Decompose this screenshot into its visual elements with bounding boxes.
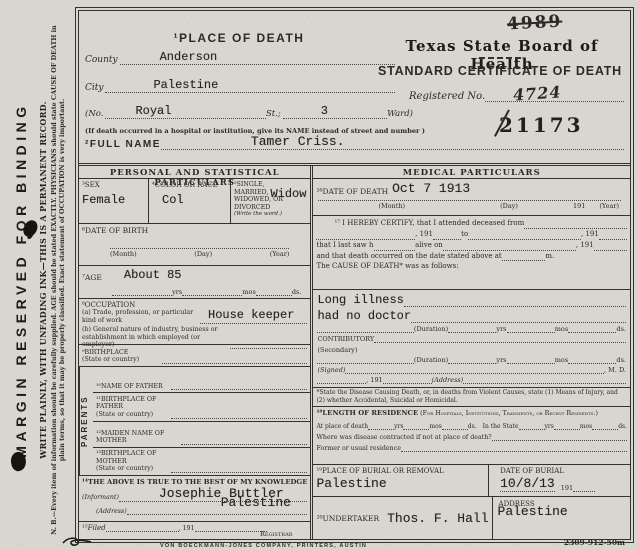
date-of-death-value: Oct 7 1913	[392, 181, 470, 196]
form-stock-number: 2309-912-50m	[564, 538, 625, 547]
informant-label: (Informant)	[82, 494, 119, 502]
duration-label: (Duration)	[414, 325, 448, 333]
certify-death-occurred: and that death occurred on the date stat…	[316, 251, 501, 262]
dotted-leader	[463, 380, 626, 384]
mother-birthplace-label-text: ¹³BIRTHPLACE OF MOTHER	[96, 450, 156, 465]
dotted-leader: Anderson	[120, 61, 395, 65]
occupation-a-label: (a) Trade, profession, or particular kin…	[82, 309, 200, 324]
dotted-leader	[401, 448, 627, 452]
cause-of-death-block: Long illness had no doctor (Duration) yr…	[313, 290, 630, 388]
burial-date-cell: DATE OF BURIAL 10/8/13 191	[489, 465, 630, 496]
informant-row: ¹⁴THE ABOVE IS TRUE TO THE BEST OF MY KN…	[79, 476, 310, 522]
state-country-note: (State or country)	[96, 465, 153, 472]
filed-label: ¹⁵Filed	[82, 524, 106, 532]
dotted-leader	[345, 370, 604, 374]
dotted-leader	[573, 488, 595, 492]
sex-label: ³SEX	[82, 181, 145, 189]
father-birthplace-label: ¹¹BIRTHPLACE OF FATHER (State or country…	[96, 396, 171, 419]
undertaker-address-cell: ADDRESS Palestine	[493, 497, 630, 539]
city-value: Palestine	[153, 78, 218, 92]
particulars-columns: PERSONAL AND STATISTICAL PARTICULARS ³SE…	[79, 163, 630, 539]
registered-no-value: 4724	[513, 82, 563, 104]
mother-birthplace-row: ¹³BIRTHPLACE OF MOTHER (State or country…	[93, 448, 310, 475]
father-name-row: ¹⁰NAME OF FATHER	[93, 367, 310, 393]
res-former-label: Former or usual residence	[316, 445, 401, 452]
undertaker-address-value: Palestine	[498, 504, 568, 519]
dotted-leader	[317, 360, 413, 364]
parents-vertical-label: PARENTS	[79, 367, 93, 475]
dotted-leader: 4724	[485, 98, 624, 102]
parents-group: PARENTS ¹⁰NAME OF FATHER ¹¹BIRTHPLACE OF…	[79, 367, 310, 476]
dotted-leader	[110, 248, 289, 249]
personal-section-title: PERSONAL AND STATISTICAL PARTICULARS	[79, 166, 310, 179]
birthplace-label-text: ⁹BIRTHPLACE	[82, 349, 128, 356]
printer-imprint: VON BOECKMANN-JONES COMPANY, PRINTERS, A…	[160, 543, 367, 549]
dotted-leader: Palestine	[105, 89, 395, 93]
burial-place-label: ¹⁹PLACE OF BURIAL OR REMOVAL	[316, 467, 485, 475]
ward-value: 3	[321, 104, 328, 118]
date-of-death-label: ¹⁶DATE OF DEATH	[316, 187, 388, 196]
medical-column: MEDICAL PARTICULARS ¹⁶DATE OF DEATH Oct …	[313, 166, 630, 539]
state-country-note: (State or country)	[82, 356, 139, 363]
full-name-value: Tamer Criss.	[251, 134, 345, 149]
contributory-label: CONTRIBUTORY	[317, 335, 374, 343]
dotted-leader	[106, 528, 179, 532]
yrs-label: yrs	[496, 325, 506, 333]
marital-cell: ⁵SINGLE, MARRIED, WIDOWED, OR DIVORCED (…	[231, 179, 310, 223]
mos-label: mos	[580, 423, 592, 430]
dotted-leader	[568, 360, 616, 364]
dotted-leader	[433, 236, 461, 240]
certificate-title: STANDARD CERTIFICATE OF DEATH	[371, 64, 629, 78]
length-of-residence-block: ¹⁸LENGTH OF RESIDENCE (For Hospitals, In…	[313, 407, 630, 465]
dotted-leader: Royal	[105, 115, 266, 119]
birthplace-label: ⁹BIRTHPLACE (State or country)	[82, 349, 162, 364]
father-birthplace-label-text: ¹¹BIRTHPLACE OF FATHER	[96, 396, 156, 411]
dotted-leader	[374, 247, 416, 251]
dotted-leader	[519, 426, 545, 430]
margin-permanent-record-text: WRITE PLAINLY, WITH UNFADING INK—THIS IS…	[38, 18, 48, 542]
dotted-leader: 3	[283, 115, 387, 119]
dotted-leader	[554, 426, 580, 430]
ds-label: ds.	[618, 423, 627, 430]
res-contracted-label: Where was disease contracted if not at p…	[316, 434, 491, 441]
stamp-number-text: 21173	[499, 113, 584, 137]
burial-place-cell: ¹⁹PLACE OF BURIAL OR REMOVAL Palestine	[313, 465, 489, 496]
father-name-label: ¹⁰NAME OF FATHER	[96, 383, 171, 391]
dotted-leader	[524, 225, 627, 229]
certify-line1: ¹⁷ I HEREBY CERTIFY, that I attended dec…	[334, 218, 524, 229]
dotted-leader	[171, 415, 307, 419]
ward-label: Ward)	[387, 109, 415, 119]
mother-name-row: ¹²MAIDEN NAME OF MOTHER	[93, 422, 310, 448]
street-suffix-label: St.;	[266, 109, 283, 119]
signed-191: , 191	[366, 376, 383, 384]
crossed-out-number: 4989	[506, 12, 562, 35]
dotted-leader	[442, 426, 468, 430]
yrs-label: yrs	[394, 423, 403, 430]
cause-of-death-intro: The CAUSE OF DEATH* was as follows:	[316, 261, 627, 272]
dotted-leader: Palestine	[127, 511, 308, 515]
age-label: ⁷AGE	[82, 273, 102, 282]
md-label: , M. D.	[604, 366, 626, 374]
filed-row: ¹⁵Filed , 191 Registrar	[79, 522, 310, 539]
date-of-birth-row: ⁶DATE OF BIRTH (Month) (Day) (Year)	[79, 224, 310, 266]
dotted-leader	[317, 380, 366, 384]
dotted-leader	[443, 247, 576, 251]
dotted-leader	[318, 200, 621, 201]
dotted-leader	[507, 360, 555, 364]
informant-city: Palestine	[221, 495, 291, 510]
color-race-cell: ⁴COLOR OR RACE Col	[149, 179, 231, 223]
dotted-leader	[316, 236, 415, 240]
mother-name-label: ¹²MAIDEN NAME OF MOTHER	[96, 430, 181, 445]
occupation-row: ⁸OCCUPATION (a) Trade, profession, or pa…	[79, 299, 310, 345]
street-no-label: (No.	[85, 109, 105, 119]
county-value: Anderson	[160, 50, 218, 64]
burial-place-value: Palestine	[316, 476, 485, 491]
dotted-leader	[182, 292, 242, 296]
yrs-label: yrs	[172, 288, 182, 296]
ds-label: ds.	[616, 356, 626, 364]
dotted-leader	[468, 236, 581, 240]
cause-footnote: *State the Disease Causing Death, or, in…	[313, 388, 630, 407]
marital-note: (Write the word.)	[234, 211, 307, 217]
dotted-leader	[502, 257, 546, 261]
mos-label: mos	[555, 356, 568, 364]
title-flourish	[479, 57, 521, 59]
undertaker-row: ²⁰UNDERTAKER Thos. F. Hall ADDRESS Pales…	[313, 497, 630, 539]
cause-line1: Long illness	[317, 293, 403, 307]
city-label: City	[85, 83, 105, 93]
color-race-label: ⁴COLOR OR RACE	[152, 181, 227, 189]
certify-m: m.	[545, 251, 554, 262]
occupation-value: House keeper	[208, 308, 294, 322]
age-value: About 85	[124, 268, 182, 282]
day-sublabel: (Day)	[194, 250, 212, 258]
dotted-leader	[411, 319, 626, 323]
ds-label: ds.	[616, 325, 626, 333]
undertaker-value: Thos. F. Hall	[387, 511, 488, 526]
filed-191: , 191	[179, 525, 195, 533]
certify-191: , 191	[415, 229, 433, 240]
dotted-leader	[317, 329, 413, 333]
residence-note: (For Hospitals, Institutions, Transients…	[420, 410, 598, 417]
personal-column: PERSONAL AND STATISTICAL PARTICULARS ³SE…	[79, 166, 313, 539]
father-birthplace-row: ¹¹BIRTHPLACE OF FATHER (State or country…	[93, 393, 310, 421]
certificate-form: ¹PLACE OF DEATH County Anderson City Pal…	[78, 10, 631, 540]
informant-address-label: (Address)	[96, 508, 127, 516]
dotted-leader	[368, 426, 394, 430]
burial-row: ¹⁹PLACE OF BURIAL OR REMOVAL Palestine D…	[313, 465, 630, 497]
dotted-leader	[448, 329, 496, 333]
undertaker-cell: ²⁰UNDERTAKER Thos. F. Hall	[313, 497, 492, 539]
yrs-label: yrs	[545, 423, 554, 430]
cause-line2: had no doctor	[317, 309, 411, 323]
dotted-leader	[181, 441, 307, 445]
ink-scribble-mark	[62, 536, 92, 548]
dotted-leader	[256, 292, 292, 296]
dotted-leader	[374, 339, 626, 343]
sex-cell: ³SEX Female	[79, 179, 149, 223]
dotted-leader: Tamer Criss.	[161, 146, 624, 150]
certification-block: ¹⁷ I HEREBY CERTIFY, that I attended dec…	[313, 216, 630, 290]
month-sublabel: (Month)	[110, 250, 137, 258]
residence-title: ¹⁸LENGTH OF RESIDENCE	[316, 409, 418, 417]
dotted-leader	[592, 426, 618, 430]
death-certificate-scan: MARGIN RESERVED FOR BINDING WRITE PLAINL…	[0, 0, 637, 550]
dotted-leader	[492, 437, 627, 441]
dotted-leader: House keeper	[200, 320, 307, 324]
burial-date-value: 10/8/13	[500, 476, 555, 492]
dotted-leader	[383, 380, 432, 384]
res-at-place-label: At place of death	[316, 423, 368, 430]
year-sublabel: (Year)	[270, 250, 290, 258]
color-race-value: Col	[162, 193, 227, 207]
dotted-leader	[599, 236, 627, 240]
ds-label: ds.	[292, 288, 302, 296]
marital-value: Widow	[270, 187, 306, 201]
dotted-leader	[195, 528, 268, 532]
secondary-label: (Secondary)	[317, 346, 626, 354]
place-of-death-title: ¹PLACE OF DEATH	[109, 31, 369, 45]
dotted-leader	[448, 360, 496, 364]
date-of-birth-label: ⁶DATE OF BIRTH	[82, 226, 307, 235]
dotted-leader	[568, 329, 616, 333]
state-country-note: (State or country)	[96, 411, 153, 418]
dotted-leader	[162, 360, 307, 364]
street-value: Royal	[135, 104, 171, 118]
age-row: ⁷AGE About 85 yrs mos ds.	[79, 266, 310, 299]
mos-label: mos	[555, 325, 568, 333]
certificate-header: ¹PLACE OF DEATH County Anderson City Pal…	[79, 11, 630, 163]
yrs-label: yrs	[496, 356, 506, 364]
certify-to: to	[461, 229, 468, 240]
res-in-state-label: In the State	[483, 423, 519, 430]
margin-nb-note: N. B.—Every item of information should b…	[50, 20, 67, 540]
dotted-leader	[171, 386, 307, 390]
certify-last-saw: that I last saw h	[316, 240, 373, 251]
certify-191: , 191	[581, 229, 599, 240]
day-sublabel: (Day)	[500, 202, 518, 210]
mother-birthplace-label: ¹³BIRTHPLACE OF MOTHER (State or country…	[96, 450, 171, 473]
month-sublabel: (Month)	[378, 202, 405, 210]
dotted-leader	[404, 303, 626, 307]
registrar-label: Registrar	[260, 530, 292, 538]
undertaker-label: ²⁰UNDERTAKER	[316, 514, 379, 523]
year-sublabel: (Year)	[599, 202, 619, 210]
state-file-number-stamp: 21173	[499, 113, 637, 137]
mos-label: mos	[242, 288, 255, 296]
medical-section-title: MEDICAL PARTICULARS	[313, 166, 630, 179]
sex-race-marital-row: ³SEX Female ⁴COLOR OR RACE Col ⁵SINGLE, …	[79, 179, 310, 224]
year-191: 191	[573, 202, 585, 210]
duration-label: (Duration)	[414, 356, 448, 364]
full-name-label: ²FULL NAME	[85, 139, 161, 150]
burial-191: 191	[561, 484, 573, 492]
dotted-leader	[403, 426, 429, 430]
dotted-leader	[112, 292, 172, 296]
certify-alive-on: alive on	[415, 240, 443, 251]
dotted-leader	[507, 329, 555, 333]
sex-value: Female	[82, 193, 145, 207]
mos-label: mos	[429, 423, 441, 430]
registered-no-label: Registered No.	[409, 91, 485, 102]
certify-191: , 191	[576, 240, 594, 251]
dotted-leader	[171, 469, 307, 473]
dotted-leader	[594, 247, 627, 251]
signed-label: (Signed)	[317, 366, 345, 374]
county-label: County	[85, 55, 120, 65]
birthplace-row: ⁹BIRTHPLACE (State or country)	[79, 345, 310, 367]
signed-address-label: (Address)	[432, 376, 464, 384]
burial-date-label: DATE OF BURIAL	[500, 467, 627, 475]
ds-label: ds.	[468, 423, 477, 430]
date-of-death-row: ¹⁶DATE OF DEATH Oct 7 1913 (Month) (Day)…	[313, 179, 630, 216]
